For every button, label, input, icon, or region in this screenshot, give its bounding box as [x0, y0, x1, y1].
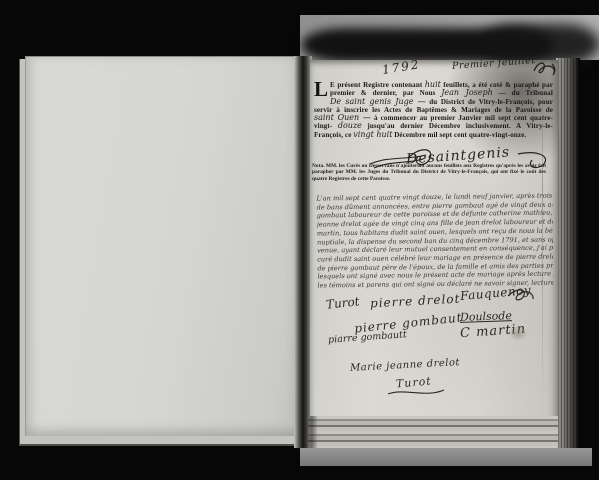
preamble-hand-segment: De saint genis Juge — [330, 97, 426, 106]
nota-bene: Nota. MM. les Curés ou Desservans n'ajou… [312, 163, 546, 182]
page-crease [542, 90, 543, 420]
right-register-page: 1792 Premier feuillet LE présent Registr… [310, 60, 558, 448]
signature-marie-jeanne-drelot: Marie jeanne drelot [350, 357, 461, 374]
marriage-act-manuscript: L'an mil sept cent quatre vingt douze, l… [316, 192, 553, 291]
preamble-hand-segment: Jean Joseph [441, 88, 493, 97]
preamble-print-segment: — du Tribunal [499, 89, 553, 97]
register-preamble: LE présent Registre contenant huit feuil… [314, 81, 553, 139]
year-annotation: 1792 [381, 57, 421, 77]
signature-flourish-icon [386, 386, 446, 400]
table-surface-top [300, 15, 599, 60]
preamble-print-segment: E présent Registre contenant [330, 81, 422, 89]
archival-scan: 1792 Premier feuillet LE présent Registr… [0, 0, 599, 480]
signature-doulsode: Doulsode [460, 309, 512, 324]
folio-paraph-icon [532, 59, 558, 77]
preamble-print-segment: Décembre mil sept cent quatre-vingt-onze… [394, 131, 526, 139]
preamble-hand-segment: vingt huit [353, 130, 392, 139]
left-blank-page [25, 56, 296, 436]
table-surface-bottom [300, 448, 592, 466]
bottom-page-edge-stack [308, 416, 558, 450]
ink-stain [508, 326, 528, 341]
signature-turot-1: Turot [325, 294, 360, 311]
signature-pierre-drelot: pierre drelot [370, 292, 461, 311]
preamble-hand-segment: huit [425, 80, 441, 89]
signature-flourish-icon [506, 286, 536, 306]
signature-piarre-gombautt: piarre gombautt [328, 329, 407, 345]
right-page-edge-stack [556, 58, 580, 450]
dropcap-letter: L [314, 81, 330, 98]
